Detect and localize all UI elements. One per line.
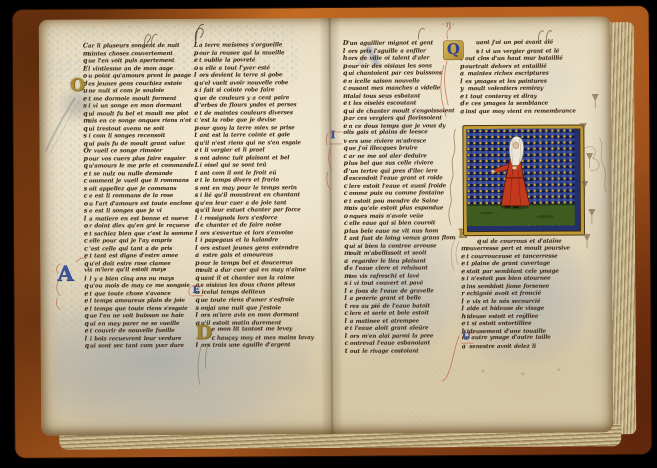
- line-capital: q: [344, 242, 349, 250]
- verse-line: qu'amours le me prie et commande: [84, 162, 195, 170]
- line-capital: q: [343, 145, 348, 153]
- line-capital: c: [343, 85, 348, 93]
- line-capital: a: [460, 70, 465, 78]
- line-capital: m: [344, 205, 349, 213]
- line-capital: p: [195, 259, 200, 267]
- verse-line: descendoit l'eaue grant et roide: [344, 174, 455, 182]
- verse-line: ou point qu'amours prent le paage: [83, 72, 194, 80]
- line-capital: e: [84, 230, 89, 238]
- verse-line: qui chantoient par ces buissons: [343, 69, 454, 77]
- line-capital: c: [212, 334, 217, 342]
- miniature-haine: [463, 125, 584, 235]
- line-capital: q: [84, 312, 89, 320]
- line-capital: s: [344, 280, 349, 288]
- line-capital: L: [194, 42, 199, 50]
- line-capital: l: [344, 295, 349, 303]
- line-capital: e: [84, 252, 89, 260]
- verse-line: que l'en ne voit buisson ne haie: [84, 312, 195, 320]
- verse-line: lors m'iere avis en mon dormant: [195, 311, 313, 319]
- line-capital: s: [84, 185, 89, 193]
- line-capital: m: [461, 245, 466, 253]
- miniature-painting: [466, 128, 575, 226]
- line-capital: p: [460, 63, 465, 71]
- line-capital: c: [344, 152, 349, 160]
- line-capital: q: [195, 199, 200, 207]
- line-capital: a: [461, 283, 466, 291]
- line-capital: l: [84, 215, 89, 223]
- line-capital: a: [344, 257, 349, 265]
- line-capital: q: [83, 110, 88, 118]
- line-capital: l: [195, 229, 200, 237]
- illuminated-initial-gold-o: O: [70, 77, 85, 94]
- line-capital: q: [84, 162, 89, 170]
- verse-line: lors trais une aguille d'argent: [196, 341, 314, 349]
- line-capital: e: [84, 170, 89, 178]
- line-capital: q: [343, 70, 348, 78]
- line-capital: m: [195, 267, 200, 275]
- line-capital: a: [195, 252, 200, 260]
- line-capital: p: [343, 62, 348, 70]
- verse-line: comme puis ou comme fontaine: [344, 189, 455, 197]
- line-capital: q: [195, 297, 200, 305]
- manuscript-photo: A ·η· Car li pluseurs songent de nuitmai…: [0, 0, 657, 468]
- verse-line: Car li pluseurs songent de nuit: [83, 42, 194, 50]
- verse-line: moult a dur cuer qui en may n'aime: [195, 266, 313, 274]
- verse-line: or doint diex qu'en gré le reçueve: [84, 222, 195, 230]
- line-capital: a: [460, 108, 465, 116]
- line-capital: q: [194, 94, 199, 102]
- line-capital: e: [343, 77, 348, 85]
- line-capital: p: [194, 49, 199, 57]
- line-capital: q: [195, 274, 200, 282]
- line-capital: C: [83, 42, 88, 50]
- line-capital: s: [194, 87, 199, 95]
- verse-line: qui sont sec tant com yver dure: [85, 342, 196, 350]
- line-capital: m: [83, 50, 88, 58]
- line-capital: l: [345, 332, 350, 340]
- line-capital: e: [461, 260, 466, 268]
- illuminated-initial-q-on-gold: Q: [444, 41, 463, 59]
- line-capital: e: [343, 100, 348, 108]
- line-capital: q: [477, 238, 482, 246]
- line-capital: h: [343, 55, 348, 63]
- line-capital: t: [344, 235, 349, 243]
- champ-initial-blue: E: [192, 286, 200, 296]
- line-capital: e: [194, 109, 199, 117]
- line-capital: d: [194, 102, 199, 110]
- verse-line: el temps amoureus plain de joie: [84, 297, 195, 305]
- line-capital: m: [344, 272, 349, 280]
- line-capital: t: [345, 347, 350, 355]
- line-capital: l: [461, 305, 466, 313]
- line-capital: E: [83, 65, 88, 73]
- verse-line: comment je vueil que li rommans: [84, 177, 195, 185]
- line-capital: p: [84, 155, 89, 163]
- line-capital: q: [343, 107, 348, 115]
- line-capital: s: [195, 192, 200, 200]
- line-capital: l: [195, 312, 200, 320]
- line-capital: e: [461, 253, 466, 261]
- line-capital: e: [343, 122, 348, 130]
- text-column-4-below-miniature: ns ou milieu je viqui de courrous et d'a…: [461, 230, 570, 351]
- line-capital: t: [195, 169, 200, 177]
- line-capital: o: [194, 64, 199, 72]
- line-capital: e: [84, 290, 89, 298]
- line-capital: s: [195, 154, 200, 162]
- line-capital: l: [195, 214, 200, 222]
- verse-line: ainsi que moy vient en remembrance: [460, 107, 576, 115]
- line-capital: v: [343, 137, 348, 145]
- line-capital: c: [344, 220, 349, 228]
- line-capital: d: [195, 222, 200, 230]
- line-capital: q: [83, 140, 88, 148]
- line-capital: c: [194, 117, 199, 125]
- line-capital: q: [85, 320, 90, 328]
- line-capital: p: [344, 160, 349, 168]
- line-capital: o: [344, 212, 349, 220]
- line-capital: c: [84, 237, 89, 245]
- line-capital: s: [84, 207, 89, 215]
- figure-haine: [491, 136, 530, 208]
- champ-initial-blue: I: [330, 131, 335, 141]
- line-capital: c: [344, 182, 349, 190]
- folio-number: ·η·: [442, 20, 456, 30]
- line-capital: l: [195, 237, 200, 245]
- line-capital: e: [85, 327, 90, 335]
- white-wimple: [509, 136, 523, 165]
- line-capital: c: [84, 177, 89, 185]
- line-capital: q: [194, 139, 199, 147]
- illuminated-initial-blue-a: A: [57, 263, 73, 284]
- verse-line: qu'ou mois de may ce me songoie: [84, 282, 195, 290]
- line-capital: p: [194, 124, 199, 132]
- line-capital: p: [343, 115, 348, 123]
- verse-line: si lié qu'il moustrent en chantant: [195, 191, 313, 199]
- verse-line: tout clos d'un haut mur bataillié: [460, 54, 576, 62]
- line-capital: e: [194, 147, 199, 155]
- line-capital: o: [84, 200, 89, 208]
- line-capital: O: [83, 147, 88, 155]
- line-capital: t: [344, 302, 349, 310]
- line-capital: c: [84, 192, 89, 200]
- line-capital: e: [84, 305, 89, 313]
- line-capital: y: [460, 85, 465, 93]
- hand: [491, 170, 495, 173]
- line-capital: l: [461, 298, 466, 306]
- line-capital: d: [460, 100, 465, 108]
- line-capital: m: [83, 117, 88, 125]
- line-capital: l: [194, 72, 199, 80]
- line-capital: D: [343, 40, 348, 48]
- page-gutter: [319, 18, 344, 434]
- line-capital: s: [83, 102, 88, 110]
- line-capital: q: [84, 282, 89, 290]
- line-capital: e: [344, 197, 349, 205]
- line-capital: e: [345, 325, 350, 333]
- verse-line: tant fust de loing venus grans flom: [344, 234, 455, 242]
- verse-line: mais qu'ele estoit plus espandue: [344, 204, 455, 212]
- verse-line: mais en ce songe onques riens n'ot: [83, 117, 194, 125]
- line-capital: i: [84, 275, 89, 283]
- line-capital: e: [461, 268, 466, 276]
- line-capital: m: [344, 250, 349, 258]
- line-capital: m: [343, 92, 348, 100]
- line-capital: t: [194, 132, 199, 140]
- verse-line: mouverresse pert et moult poursive: [461, 245, 570, 253]
- line-capital: d: [344, 167, 349, 175]
- text-column-2: La terre meïsmes s'orgueillepour la rous…: [194, 41, 314, 349]
- line-capital: e: [84, 297, 89, 305]
- verse-line: d'erbes de flours yndes et perses: [194, 101, 312, 109]
- face: [513, 142, 518, 149]
- line-capital: d: [344, 175, 349, 183]
- line-capital: a: [462, 343, 467, 351]
- line-capital: q: [83, 57, 88, 65]
- line-capital: L: [195, 162, 200, 170]
- line-capital: l: [460, 78, 465, 86]
- line-capital: s: [461, 275, 466, 283]
- line-capital: e: [462, 320, 467, 328]
- line-capital: s: [195, 184, 200, 192]
- open-book: A ·η· Car li pluseurs songent de nuitmai…: [0, 0, 657, 468]
- line-capital: l: [345, 317, 350, 325]
- line-capital: s: [83, 132, 88, 140]
- illuminated-initial-gold-d: D: [196, 324, 213, 343]
- line-capital: h: [461, 313, 466, 321]
- line-capital: q: [194, 79, 199, 87]
- text-column-3: D'un aguillier mignot et gentlors pris l…: [343, 39, 456, 355]
- line-capital: s: [195, 304, 200, 312]
- verse-line: a senestre avoit delez li: [462, 342, 571, 350]
- line-capital: e: [460, 93, 465, 101]
- line-capital: o: [84, 222, 89, 230]
- line-capital: l: [195, 244, 200, 252]
- verse-line: et tant est digne d'estre amee: [84, 252, 195, 260]
- line-capital: e: [83, 95, 88, 103]
- verse-line: si vi un songe en mon dormant: [83, 102, 194, 110]
- line-capital: c: [345, 340, 350, 348]
- line-capital: l: [344, 287, 349, 295]
- line-capital: d: [344, 265, 349, 273]
- verse-line: par ces vergiers qui florissoient: [343, 114, 454, 122]
- verse-line: cousant mes manches a videlle: [343, 84, 454, 92]
- verse-line: qu'il leur estuet chanter par force: [195, 206, 313, 214]
- line-capital: c: [344, 310, 349, 318]
- line-capital: e: [194, 57, 199, 65]
- hand-at-chest: [512, 166, 517, 169]
- text-column-1: Car li pluseurs songent de nuitmaintes c…: [83, 42, 195, 350]
- line-capital: l: [343, 47, 348, 55]
- line-capital: p: [344, 227, 349, 235]
- line-capital: e: [195, 177, 200, 185]
- line-capital: l: [85, 335, 90, 343]
- line-capital: s: [476, 48, 481, 56]
- line-capital: q: [84, 260, 89, 268]
- text-column-4-above-miniature: uant j'oi un poi avant alési vi un vergi…: [460, 39, 576, 115]
- line-capital: q: [195, 207, 200, 215]
- verse-line: tout le rivage costoiant: [345, 347, 456, 355]
- champ-initial-blue: U: [462, 332, 471, 342]
- line-capital: q: [83, 125, 88, 133]
- line-capital: r: [461, 290, 466, 298]
- line-capital: c: [344, 190, 349, 198]
- line-capital: c: [84, 245, 89, 253]
- line-capital: q: [85, 342, 90, 350]
